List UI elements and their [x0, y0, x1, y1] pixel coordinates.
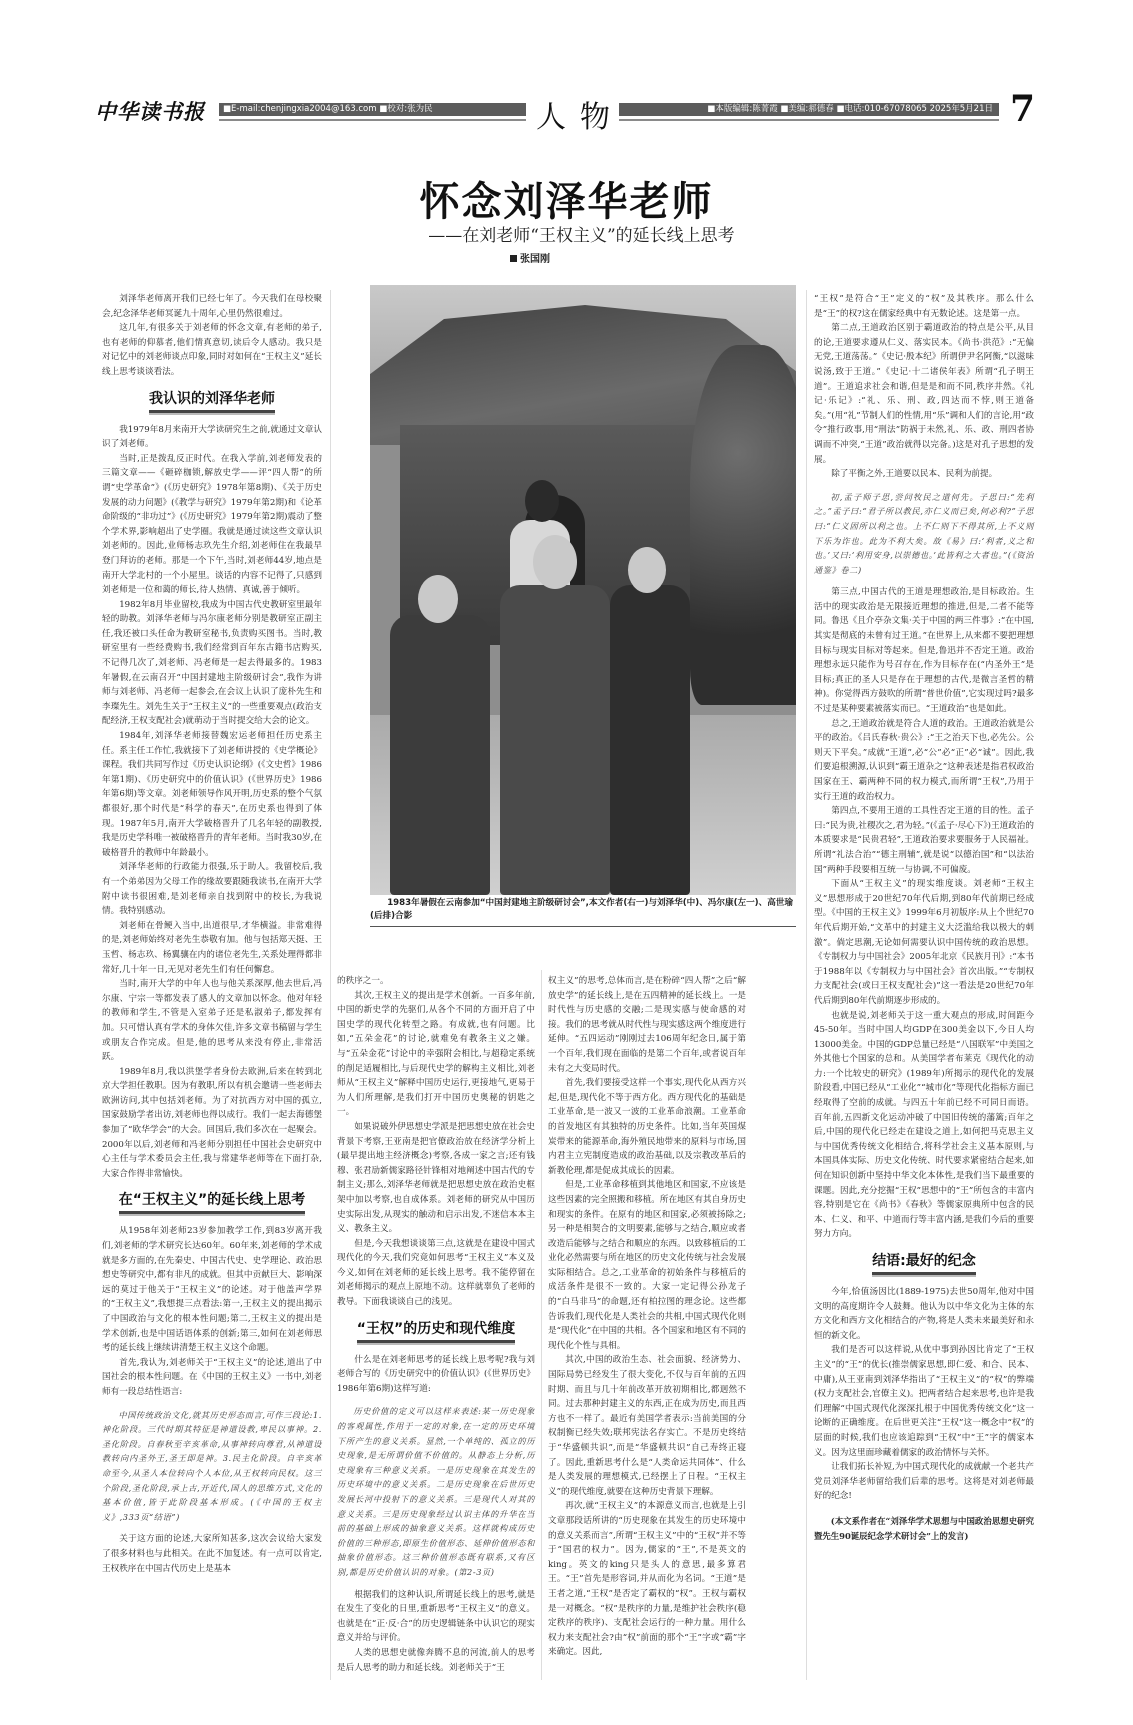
article-title: 怀念刘泽华老师 [0, 170, 1133, 227]
divider [619, 119, 999, 121]
section-heading: 我认识的刘泽华老师 [102, 390, 322, 413]
paragraph: 这几年,有很多关于刘老师的怀念文章,有老师的弟子,也有老师的仰慕者,他们情真意切… [102, 321, 322, 379]
paragraph: 我1979年8月来南开大学读研究生之前,就通过文章认识了刘老师。 [102, 423, 322, 452]
paragraph: 今年,恰值汤因比(1889-1975)去世50周年,他对中国文明的高度期许令人鼓… [814, 1285, 1034, 1343]
paragraph: 根据我们的这种认识,所谓延长线上的思考,就是在发生了变化的日里,重新思考“王权主… [337, 1588, 535, 1646]
paragraph: 其次,王权主义的提出是学术创新。一百多年前,中国的新史学的先驱们,从各个不同的方… [337, 989, 535, 1120]
paragraph: 如果说破外伊思想史学派是把思想史放在社会史背景下考察,王亚南是把官僚政治放在经济… [337, 1120, 535, 1237]
column-rule [806, 290, 807, 1680]
column-middle-left: 的秩序之一。 其次,王权主义的提出是学术创新。一百多年前,中国的新史学的先驱们,… [337, 974, 535, 1675]
person-right [610, 585, 690, 895]
paragraph: 总之,王道政治就是符合人道的政治。王道政治就是公平的政治。《吕氏春秋·贵公》:“… [814, 717, 1034, 805]
divider [219, 119, 526, 121]
person-left [390, 615, 490, 895]
masthead: 中华读书报 ■E-mail:chenjingxia2004@163.com ■校… [95, 96, 1035, 126]
paragraph: 关于这方面的论述,大家所知甚多,这次会议给大家发了很多材料也与此相关。在此不加复… [102, 1532, 322, 1576]
block-quote: 中国传统政治文化,就其历史形态而言,可作三段论:1.神化阶段。三代时期其特征是神… [102, 1408, 322, 1525]
paragraph: 但是,工业革命移植到其他地区和国家,不应该是这些因素的完全照搬和移植。所在地区有… [548, 1178, 746, 1353]
paragraph: 让我们拓长补短,为中国式现代化的成就献一个老共产党员刘泽华老师留给我们后辈的思考… [814, 1460, 1034, 1504]
paragraph: 刘老师在骨鲠入当中,出道很早,才华横溢。非常难得的是,刘老师始终对老先生恭敬有加… [102, 919, 322, 977]
paragraph: 首先,我们要接受这样一个事实,现代化从西方兴起,但是,现代化不等于西方化。西方现… [548, 1076, 746, 1178]
paragraph: 从1958年刘老师23岁参加教学工作,到83岁离开我们,刘老师的学术研究长达60… [102, 1224, 322, 1355]
column-middle-right: 权主义”的思考,总体而言,是在粉碎“四人帮”之后“解放史学”的延长线上,是在五四… [548, 974, 746, 1660]
paragraph: 我们是否可以这样说,从优中事到孙因比肯定了“王权主义”的“王”的优长(推崇儒家思… [814, 1343, 1034, 1460]
paragraph: 首先,我认为,刘老师关于“王权主义”的论述,道出了中国社会的根本性问题。在《中国… [102, 1356, 322, 1400]
column-left: 刘泽华老师离开我们已经七年了。今天我们在母校聚会,纪念泽华老师冥诞九十周年,心里… [102, 292, 322, 1576]
paragraph: 再次,就“王权主义”的本源意义而言,也就是上引文章那段话所讲的“历史现象在其发生… [548, 1499, 746, 1660]
paragraph: 第四点,不要用王道的工具性否定王道的目的性。孟子曰:“民为贵,社稷次之,君为轻。… [814, 804, 1034, 877]
paragraph: 1984年,刘泽华老师接替魏宏运老师担任历史系主任。系主任工作忙,我就接下了刘老… [102, 729, 322, 860]
newspaper-logo: 中华读书报 [95, 96, 205, 126]
block-quote: 历史价值的定义可以这样来表述:某一历史现象的客观属性,作用于一定的对象,在一定的… [337, 1404, 535, 1579]
paragraph: 第二点,王道政治区别于霸道政治的特点是公平,从目的论,王道要求遵从仁义、落实民本… [814, 321, 1034, 467]
group-photo [370, 285, 796, 895]
page-number: 7 [1010, 88, 1035, 130]
photo-caption: 1983年暑假在云南参加“中国封建地主阶级研讨会”,本文作者(右一)与刘泽华(中… [370, 897, 796, 927]
section-heading: 结语:最好的纪念 [814, 1252, 1034, 1275]
paragraph: 下面从“王权主义”的现实维度谈。刘老师“王权主义”思想形成于20世纪70年代后期… [814, 877, 1034, 1008]
paragraph: 什么是在刘老师思考的延长线上思考呢?我与刘老师合写的《历史研究中的价值认识》(《… [337, 1353, 535, 1397]
column-rule [330, 290, 331, 1680]
section-heading: “王权”的历史和现代维度 [337, 1320, 535, 1343]
paragraph: 的秩序之一。 [337, 974, 535, 989]
contact-bar: ■E-mail:chenjingxia2004@163.com ■校对:张为民 [219, 103, 526, 116]
person-center [500, 585, 610, 895]
block-quote: 初,孟子师子思,尝问牧民之道何先。子思曰:“先利之。”孟子曰:“君子所以教民,亦… [814, 490, 1034, 578]
paragraph: 权主义”的思考,总体而言,是在粉碎“四人帮”之后“解放史学”的延长线上,是在五四… [548, 974, 746, 1076]
paragraph: 当时,正是拨乱反正时代。在我入学前,刘老师发表的三篇文章——《砸碎枷锁,解放史学… [102, 452, 322, 598]
paragraph: 1989年8月,我以洪堡学者身份去欧洲,后来在转到北京大学担任教职。因为有教职,… [102, 1065, 322, 1182]
column-rule [541, 970, 542, 1680]
section-title: 人物 [536, 92, 624, 136]
column-right: “王权”是符合“王”定义的“权”及其秩序。那么什么是“王”的权?这在儒家经典中有… [814, 292, 1034, 1543]
paragraph: 除了平衡之外,王道要以民本、民利为前提。 [814, 467, 1034, 482]
paragraph: 人类的思想史就像奔腾不息的河流,前人的思考是后人思考的助力和延长线。刘老师关于“… [337, 1646, 535, 1675]
paragraph: 刘泽华老师的行政能力很强,乐于助人。我留校后,我有一个弟弟因为父母工作的缘故要跟… [102, 860, 322, 918]
byline: 张国刚 [510, 250, 550, 265]
paragraph: “王权”是符合“王”定义的“权”及其秩序。那么什么是“王”的权?这在儒家经典中有… [814, 292, 1034, 321]
paragraph: 刘泽华老师离开我们已经七年了。今天我们在母校聚会,纪念泽华老师冥诞九十周年,心里… [102, 292, 322, 321]
paragraph: 1982年8月毕业留校,我成为中国古代史教研室里最年轻的助教。刘泽华老师与冯尔康… [102, 598, 322, 729]
paragraph: 但是,今天我想谈谈第三点,这就是在建设中国式现代化的今天,我们究竟如何思考“王权… [337, 1237, 535, 1310]
section-heading: 在“王权主义”的延长线上思考 [102, 1191, 322, 1214]
paragraph: 其次,中国的政治生态、社会面貌、经济势力、国际局势已经发生了很大变化,不仅与百年… [548, 1353, 746, 1499]
paragraph: 也就是说,刘老师关于这一重大观点的形成,时间距今45-50年。当时中国人均GDP… [814, 1009, 1034, 1243]
paragraph: 第三点,中国古代的王道是理想政治,是目标政治。生活中的现实政治是无限接近理想的推… [814, 585, 1034, 716]
article-subtitle: ——在刘老师“王权主义”的延长线上思考 [0, 221, 1133, 246]
author-note: (本文系作者在“刘泽华学术思想与中国政治思想史研究暨先生90诞辰纪念学术研讨会”… [814, 1514, 1034, 1543]
paragraph: 当时,南开大学的中年人也与他关系深厚,他去世后,冯尔康、宁宗一等都发表了感人的文… [102, 977, 322, 1065]
editor-date-bar: ■本版编辑:陈菁霞 ■美编:郝德春 ■电话:010-67078065 2025年… [619, 103, 999, 116]
